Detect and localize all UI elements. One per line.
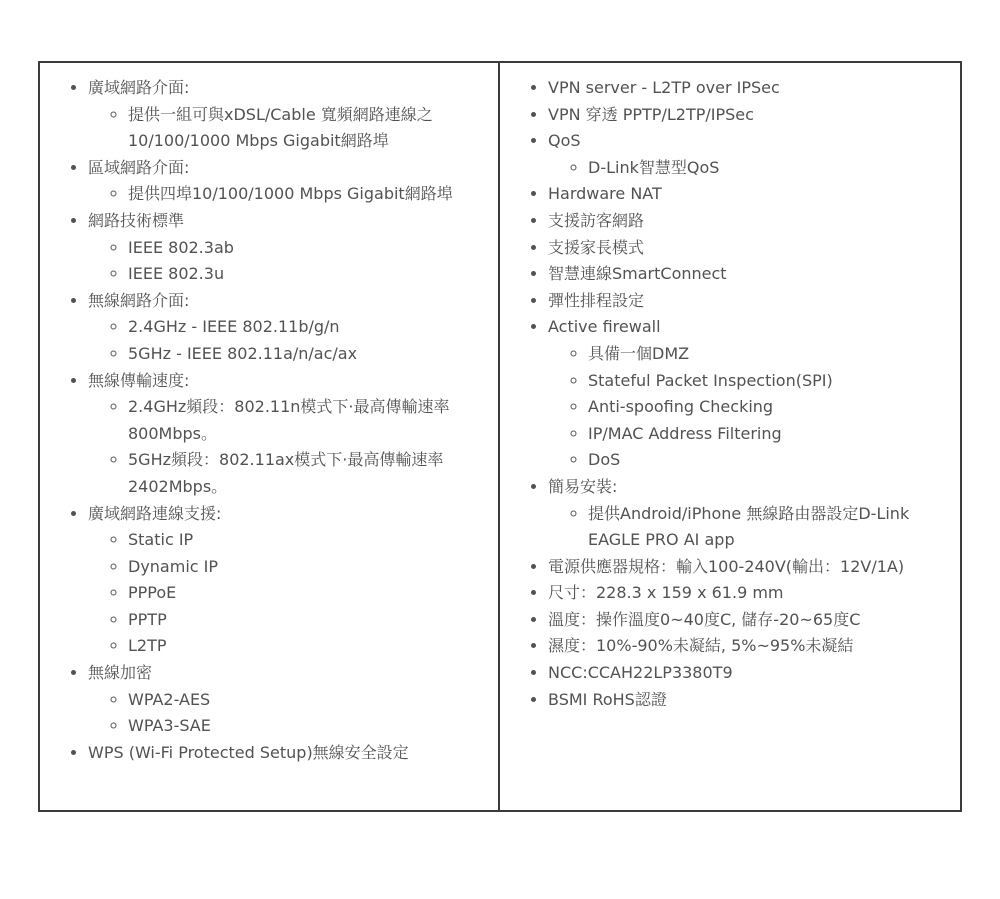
spec-subitem: 5GHz頻段：802.11ax模式下·最高傳輸速率2402Mbps。 — [128, 447, 490, 500]
spec-item-text: NCC:CCAH22LP3380T9 — [548, 663, 733, 682]
spec-item: QoSD-Link智慧型QoS — [548, 128, 952, 181]
spec-subitem: 2.4GHz - IEEE 802.11b/g/n — [128, 314, 490, 341]
spec-column-right: VPN server - L2TP over IPSecVPN 穿透 PPTP/… — [500, 63, 960, 810]
spec-item: 廣域網路連線支援:Static IPDynamic IPPPPoEPPTPL2T… — [88, 501, 490, 661]
spec-item: 電源供應器規格：輸入100-240V(輸出：12V/1A) — [548, 554, 952, 581]
spec-subitem: IEEE 802.3ab — [128, 235, 490, 262]
spec-item-text: Hardware NAT — [548, 184, 662, 203]
spec-subitem: Stateful Packet Inspection(SPI) — [588, 368, 952, 395]
spec-sublist: 提供四埠10/100/1000 Mbps Gigabit網路埠 — [88, 181, 490, 208]
spec-subitem: PPTP — [128, 607, 490, 634]
spec-item-text: WPS (Wi-Fi Protected Setup)無線安全設定 — [88, 743, 409, 762]
spec-item: Hardware NAT — [548, 181, 952, 208]
spec-sublist: 具備一個DMZStateful Packet Inspection(SPI)An… — [548, 341, 952, 474]
spec-list: VPN server - L2TP over IPSecVPN 穿透 PPTP/… — [508, 75, 952, 713]
spec-subitem: Dynamic IP — [128, 554, 490, 581]
spec-subitem: 2.4GHz頻段：802.11n模式下·最高傳輸速率800Mbps。 — [128, 394, 490, 447]
spec-item-text: 網路技術標準 — [88, 211, 184, 230]
spec-item: 無線網路介面:2.4GHz - IEEE 802.11b/g/n5GHz - I… — [88, 288, 490, 368]
spec-item: 支援家長模式 — [548, 235, 952, 262]
spec-subitem: DoS — [588, 447, 952, 474]
spec-item: BSMI RoHS認證 — [548, 687, 952, 714]
spec-subitem: Anti-spoofing Checking — [588, 394, 952, 421]
spec-item: NCC:CCAH22LP3380T9 — [548, 660, 952, 687]
spec-item: 尺寸：228.3 x 159 x 61.9 mm — [548, 580, 952, 607]
spec-subitem: PPPoE — [128, 580, 490, 607]
spec-item: 彈性排程設定 — [548, 288, 952, 315]
spec-column-left: 廣域網路介面:提供一組可與xDSL/Cable 寬頻網路連線之10/100/10… — [40, 63, 500, 810]
spec-item-text: 智慧連線SmartConnect — [548, 264, 727, 283]
spec-item: 無線加密WPA2-AESWPA3-SAE — [88, 660, 490, 740]
spec-item-text: 廣域網路連線支援: — [88, 504, 221, 523]
spec-item: 濕度：10%-90%未凝結, 5%~95%未凝結 — [548, 633, 952, 660]
spec-subitem: 提供一組可與xDSL/Cable 寬頻網路連線之10/100/1000 Mbps… — [128, 102, 490, 155]
spec-item-text: 彈性排程設定 — [548, 291, 644, 310]
spec-item-text: 區域網路介面: — [88, 158, 189, 177]
spec-item: WPS (Wi-Fi Protected Setup)無線安全設定 — [88, 740, 490, 767]
spec-list: 廣域網路介面:提供一組可與xDSL/Cable 寬頻網路連線之10/100/10… — [48, 75, 490, 766]
spec-item-text: Active firewall — [548, 317, 661, 336]
spec-item-text: 支援家長模式 — [548, 238, 644, 257]
spec-sublist: 提供Android/iPhone 無線路由器設定D-Link EAGLE PRO… — [548, 501, 952, 554]
spec-item-text: 無線加密 — [88, 663, 152, 682]
spec-item-text: BSMI RoHS認證 — [548, 690, 667, 709]
spec-item: 支援訪客網路 — [548, 208, 952, 235]
spec-table: 廣域網路介面:提供一組可與xDSL/Cable 寬頻網路連線之10/100/10… — [38, 61, 962, 812]
spec-item-text: 溫度：操作溫度0~40度C, 儲存-20~65度C — [548, 610, 860, 629]
spec-item-text: 廣域網路介面: — [88, 78, 189, 97]
spec-item-text: 電源供應器規格：輸入100-240V(輸出：12V/1A) — [548, 557, 904, 576]
spec-subitem: IP/MAC Address Filtering — [588, 421, 952, 448]
spec-sublist: IEEE 802.3abIEEE 802.3u — [88, 235, 490, 288]
spec-subitem: Static IP — [128, 527, 490, 554]
spec-item-text: VPN server - L2TP over IPSec — [548, 78, 780, 97]
spec-subitem: 5GHz - IEEE 802.11a/n/ac/ax — [128, 341, 490, 368]
spec-sublist: Static IPDynamic IPPPPoEPPTPL2TP — [88, 527, 490, 660]
spec-item-text: 無線傳輸速度: — [88, 371, 189, 390]
spec-item-text: 尺寸：228.3 x 159 x 61.9 mm — [548, 583, 784, 602]
spec-subitem: WPA3-SAE — [128, 713, 490, 740]
spec-item-text: QoS — [548, 131, 581, 150]
spec-item: 區域網路介面:提供四埠10/100/1000 Mbps Gigabit網路埠 — [88, 155, 490, 208]
spec-sublist: 提供一組可與xDSL/Cable 寬頻網路連線之10/100/1000 Mbps… — [88, 102, 490, 155]
spec-sublist: 2.4GHz頻段：802.11n模式下·最高傳輸速率800Mbps。5GHz頻段… — [88, 394, 490, 500]
spec-item-text: 無線網路介面: — [88, 291, 189, 310]
spec-item: VPN 穿透 PPTP/L2TP/IPSec — [548, 102, 952, 129]
spec-item-text: 支援訪客網路 — [548, 211, 644, 230]
spec-item: 網路技術標準IEEE 802.3abIEEE 802.3u — [88, 208, 490, 288]
spec-item-text: VPN 穿透 PPTP/L2TP/IPSec — [548, 105, 754, 124]
spec-item-text: 濕度：10%-90%未凝結, 5%~95%未凝結 — [548, 636, 853, 655]
spec-item: 溫度：操作溫度0~40度C, 儲存-20~65度C — [548, 607, 952, 634]
spec-sublist: 2.4GHz - IEEE 802.11b/g/n5GHz - IEEE 802… — [88, 314, 490, 367]
spec-item-text: 簡易安裝: — [548, 477, 617, 496]
spec-subitem: IEEE 802.3u — [128, 261, 490, 288]
spec-subitem: 提供Android/iPhone 無線路由器設定D-Link EAGLE PRO… — [588, 501, 952, 554]
spec-item: 智慧連線SmartConnect — [548, 261, 952, 288]
spec-subitem: D-Link智慧型QoS — [588, 155, 952, 182]
spec-subitem: L2TP — [128, 633, 490, 660]
spec-item: Active firewall具備一個DMZStateful Packet In… — [548, 314, 952, 474]
spec-subitem: WPA2-AES — [128, 687, 490, 714]
spec-item: 廣域網路介面:提供一組可與xDSL/Cable 寬頻網路連線之10/100/10… — [88, 75, 490, 155]
spec-item: 簡易安裝:提供Android/iPhone 無線路由器設定D-Link EAGL… — [548, 474, 952, 554]
spec-subitem: 具備一個DMZ — [588, 341, 952, 368]
spec-subitem: 提供四埠10/100/1000 Mbps Gigabit網路埠 — [128, 181, 490, 208]
spec-sublist: D-Link智慧型QoS — [548, 155, 952, 182]
spec-item: 無線傳輸速度:2.4GHz頻段：802.11n模式下·最高傳輸速率800Mbps… — [88, 368, 490, 501]
spec-item: VPN server - L2TP over IPSec — [548, 75, 952, 102]
spec-sublist: WPA2-AESWPA3-SAE — [88, 687, 490, 740]
